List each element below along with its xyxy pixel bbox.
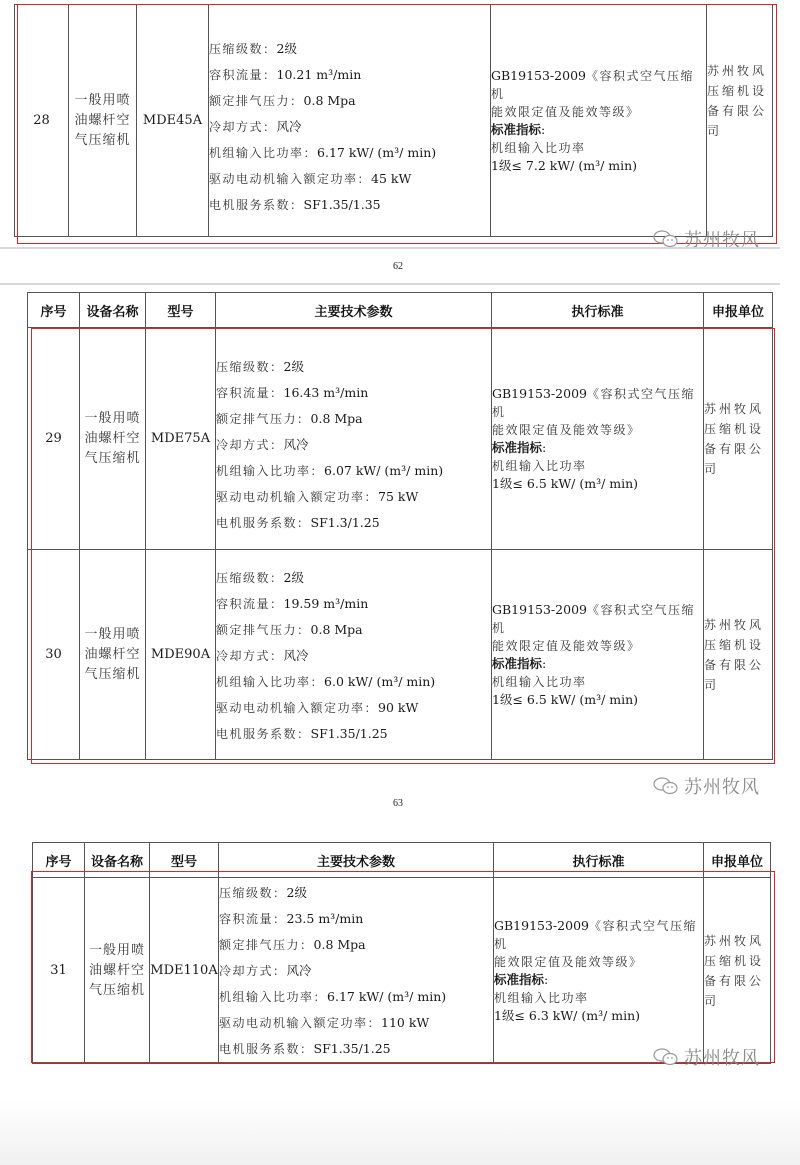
param-motor-power: 驱动电动机输入额定功率：90 kW [216, 695, 491, 721]
param-cooling: 冷却方式：风冷 [216, 432, 491, 458]
page-number: 63 [378, 798, 418, 809]
header-applicant: 申报单位 [704, 293, 773, 328]
row-equipment-name: 一般用喷油螺杆空气压缩机 [69, 5, 137, 237]
standard-limit: 1级≤ 6.5 kW/ (m³/ min) [492, 691, 703, 709]
row-equipment-name: 一般用喷油螺杆空气压缩机 [80, 550, 146, 760]
standard-title: GB19153-2009《容积式空气压缩机 [492, 385, 703, 421]
row-equipment-name: 一般用喷油螺杆空气压缩机 [80, 328, 146, 550]
standard-metric: 机组输入比功率 [492, 457, 703, 475]
header-params: 主要技术参数 [216, 293, 492, 328]
param-compression-stages: 压缩级数：2级 [216, 354, 491, 380]
param-service-factor: 电机服务系数：SF1.3/1.25 [216, 510, 491, 536]
standard-label: 标准指标: [492, 655, 703, 673]
param-service-factor: 电机服务系数：SF1.35/1.25 [219, 1036, 493, 1062]
param-cooling: 冷却方式：风冷 [219, 958, 493, 984]
standard-metric: 机组输入比功率 [492, 673, 703, 691]
header-seq: 序号 [28, 293, 80, 328]
standard-title-cont: 能效限定值及能效等级》 [494, 953, 703, 971]
param-pressure: 额定排气压力：0.8 Mpa [209, 88, 490, 114]
param-specific-power: 机组输入比功率：6.0 kW/ (m³/ min) [216, 669, 491, 695]
param-compression-stages: 压缩级数：2级 [219, 880, 493, 906]
param-flow: 容积流量：19.59 m³/min [216, 591, 491, 617]
param-specific-power: 机组输入比功率：6.17 kW/ (m³/ min) [219, 984, 493, 1010]
param-pressure: 额定排气压力：0.8 Mpa [219, 932, 493, 958]
table-header: 序号 设备名称 型号 主要技术参数 执行标准 申报单位 [33, 843, 771, 878]
standard-label: 标准指标: [492, 439, 703, 457]
param-compression-stages: 压缩级数：2级 [216, 565, 491, 591]
standard-title-cont: 能效限定值及能效等级》 [492, 637, 703, 655]
wechat-icon [652, 229, 680, 249]
table-row: 28 一般用喷油螺杆空气压缩机 MDE45A 压缩级数：2级 容积流量：10.2… [15, 5, 773, 237]
row-params: 压缩级数：2级 容积流量：23.5 m³/min 额定排气压力：0.8 Mpa … [219, 878, 494, 1064]
spec-table-page-62: 28 一般用喷油螺杆空气压缩机 MDE45A 压缩级数：2级 容积流量：10.2… [14, 4, 773, 237]
row-standard: GB19153-2009《容积式空气压缩机 能效限定值及能效等级》 标准指标: … [494, 878, 704, 1064]
row-equipment-name: 一般用喷油螺杆空气压缩机 [85, 878, 150, 1064]
page-number: 62 [378, 261, 418, 272]
standard-limit: 1级≤ 6.5 kW/ (m³/ min) [492, 475, 703, 493]
header-equipment-name: 设备名称 [80, 293, 146, 328]
param-motor-power: 驱动电动机输入额定功率：75 kW [216, 484, 491, 510]
spec-table-page-63: 序号 设备名称 型号 主要技术参数 执行标准 申报单位 29 一般用喷油螺杆空气… [27, 292, 773, 760]
standard-title-cont: 能效限定值及能效等级》 [492, 421, 703, 439]
param-specific-power: 机组输入比功率：6.17 kW/ (m³/ min) [209, 140, 490, 166]
standard-title: GB19153-2009《容积式空气压缩机 [492, 601, 703, 637]
spec-table-page-64: 序号 设备名称 型号 主要技术参数 执行标准 申报单位 31 一般用喷油螺杆空气… [32, 842, 771, 1064]
param-flow: 容积流量：16.43 m³/min [216, 380, 491, 406]
param-cooling: 冷却方式：风冷 [216, 643, 491, 669]
header-seq: 序号 [33, 843, 85, 878]
row-params: 压缩级数：2级 容积流量：10.21 m³/min 额定排气压力：0.8 Mpa… [209, 5, 491, 237]
standard-label: 标准指标: [494, 971, 703, 989]
row-params: 压缩级数：2级 容积流量：16.43 m³/min 额定排气压力：0.8 Mpa… [216, 328, 492, 550]
param-service-factor: 电机服务系数：SF1.35/1.25 [216, 721, 491, 747]
header-equipment-name: 设备名称 [85, 843, 150, 878]
standard-title: GB19153-2009《容积式空气压缩机 [491, 67, 706, 103]
row-seq: 31 [33, 878, 85, 1064]
watermark: 苏州牧风 [652, 1044, 760, 1070]
row-applicant: 苏州牧风压缩机设备有限公司 [704, 550, 773, 760]
standard-title: GB19153-2009《容积式空气压缩机 [494, 917, 703, 953]
page-divider [0, 283, 780, 285]
param-flow: 容积流量：10.21 m³/min [209, 62, 490, 88]
standard-label: 标准指标: [491, 121, 706, 139]
table-row: 29 一般用喷油螺杆空气压缩机 MDE75A 压缩级数：2级 容积流量：16.4… [28, 328, 773, 550]
row-params: 压缩级数：2级 容积流量：19.59 m³/min 额定排气压力：0.8 Mpa… [216, 550, 492, 760]
header-model: 型号 [150, 843, 219, 878]
page-divider [0, 247, 780, 249]
param-flow: 容积流量：23.5 m³/min [219, 906, 493, 932]
table-row: 30 一般用喷油螺杆空气压缩机 MDE90A 压缩级数：2级 容积流量：19.5… [28, 550, 773, 760]
row-seq: 29 [28, 328, 80, 550]
row-standard: GB19153-2009《容积式空气压缩机 能效限定值及能效等级》 标准指标: … [492, 550, 704, 760]
row-model: MDE90A [146, 550, 216, 760]
standard-metric: 机组输入比功率 [491, 139, 706, 157]
param-cooling: 冷却方式：风冷 [209, 114, 490, 140]
row-applicant: 苏州牧风压缩机设备有限公司 [704, 328, 773, 550]
param-specific-power: 机组输入比功率：6.07 kW/ (m³/ min) [216, 458, 491, 484]
row-seq: 28 [15, 5, 69, 237]
param-service-factor: 电机服务系数：SF1.35/1.35 [209, 192, 490, 218]
param-pressure: 额定排气压力：0.8 Mpa [216, 617, 491, 643]
row-standard: GB19153-2009《容积式空气压缩机 能效限定值及能效等级》 标准指标: … [491, 5, 707, 237]
row-model: MDE75A [146, 328, 216, 550]
standard-title-cont: 能效限定值及能效等级》 [491, 103, 706, 121]
header-applicant: 申报单位 [704, 843, 771, 878]
header-standard: 执行标准 [494, 843, 704, 878]
header-params: 主要技术参数 [219, 843, 494, 878]
wechat-icon [652, 1047, 680, 1067]
row-model: MDE45A [137, 5, 209, 237]
row-standard: GB19153-2009《容积式空气压缩机 能效限定值及能效等级》 标准指标: … [492, 328, 704, 550]
header-standard: 执行标准 [492, 293, 704, 328]
standard-limit: 1级≤ 6.3 kW/ (m³/ min) [494, 1007, 703, 1025]
standard-metric: 机组输入比功率 [494, 989, 703, 1007]
row-applicant: 苏州牧风压缩机设备有限公司 [707, 5, 773, 237]
table-row: 31 一般用喷油螺杆空气压缩机 MDE110A 压缩级数：2级 容积流量：23.… [33, 878, 771, 1064]
page-bottom-shadow [0, 1100, 800, 1165]
watermark: 苏州牧风 [652, 773, 760, 799]
param-pressure: 额定排气压力：0.8 Mpa [216, 406, 491, 432]
row-model: MDE110A [150, 878, 219, 1064]
param-motor-power: 驱动电动机输入额定功率：110 kW [219, 1010, 493, 1036]
param-motor-power: 驱动电动机输入额定功率：45 kW [209, 166, 490, 192]
header-model: 型号 [146, 293, 216, 328]
table-header: 序号 设备名称 型号 主要技术参数 执行标准 申报单位 [28, 293, 773, 328]
row-seq: 30 [28, 550, 80, 760]
standard-limit: 1级≤ 7.2 kW/ (m³/ min) [491, 157, 706, 175]
row-applicant: 苏州牧风压缩机设备有限公司 [704, 878, 771, 1064]
param-compression-stages: 压缩级数：2级 [209, 36, 490, 62]
wechat-icon [652, 776, 680, 796]
